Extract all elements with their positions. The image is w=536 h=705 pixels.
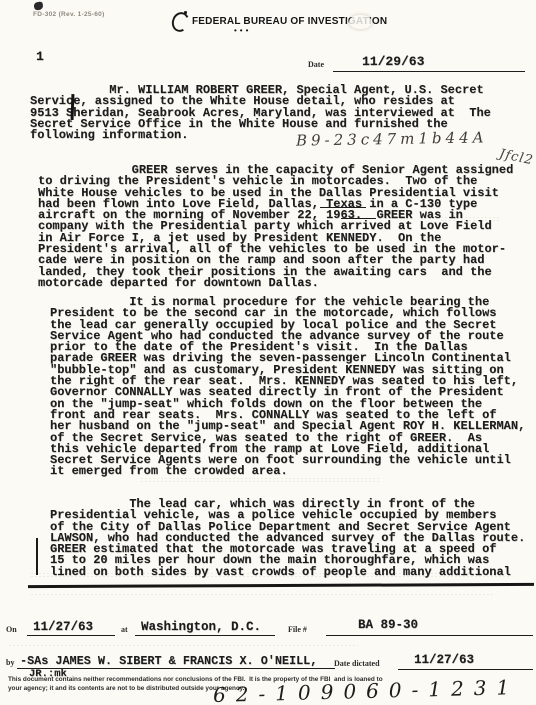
scan-noise bbox=[440, 216, 500, 222]
at-underline bbox=[135, 635, 275, 636]
scan-noise bbox=[30, 572, 510, 577]
on-label: On bbox=[6, 625, 17, 634]
fbi-seal-icon-dot bbox=[184, 11, 187, 14]
form-number: FD-302 (Rev. 1-25-60) bbox=[33, 11, 105, 18]
file-number-label: File # bbox=[288, 625, 307, 634]
date-label: Date bbox=[308, 60, 324, 69]
date-dictated-value: 11/27/63 bbox=[414, 653, 474, 667]
interview-date-value: 11/27/63 bbox=[33, 620, 93, 634]
by-label: by bbox=[6, 658, 14, 667]
date-dictated-label: Date dictated bbox=[334, 659, 380, 668]
paragraph-lead-car: The lead car, which was directly in fron… bbox=[50, 499, 525, 578]
on-underline bbox=[27, 635, 115, 636]
punch-hole-smudge bbox=[349, 15, 372, 29]
date-underline bbox=[333, 71, 525, 72]
scan-noise bbox=[8, 644, 358, 648]
paragraph-seating-arrangement: It is normal procedure for the vehicle b… bbox=[50, 297, 525, 478]
paragraph-motorcade-arrival: GREER serves in the capacity of Senior A… bbox=[38, 165, 513, 289]
agents-names-value: -SAs JAMES W. SIBERT & FRANCIS X. O'NEIL… bbox=[20, 654, 317, 668]
footer-divider-line bbox=[28, 583, 534, 588]
fd302-document-page: FD-302 (Rev. 1-25-60) FEDERAL BUREAU OF … bbox=[0, 0, 536, 705]
file-number-value: BA 89-30 bbox=[358, 618, 418, 632]
texas-underline bbox=[320, 207, 366, 208]
file-underline bbox=[326, 635, 533, 636]
page-number: 1 bbox=[36, 49, 44, 64]
date-value: 11/29/63 bbox=[362, 54, 424, 69]
scan-noise bbox=[140, 477, 380, 482]
year-underline bbox=[341, 218, 376, 219]
handwritten-file-note: B9-23c47m1b44A bbox=[296, 128, 488, 149]
title-dots: ••• bbox=[233, 27, 250, 36]
scan-corner-mark bbox=[33, 1, 43, 10]
interview-location-value: Washington, D.C. bbox=[141, 620, 261, 634]
scan-noise bbox=[30, 593, 495, 597]
at-label: at bbox=[121, 625, 128, 634]
fbi-seal-icon bbox=[169, 10, 191, 34]
margin-bracket-mark bbox=[36, 538, 38, 575]
date-dictated-underline bbox=[398, 669, 533, 670]
